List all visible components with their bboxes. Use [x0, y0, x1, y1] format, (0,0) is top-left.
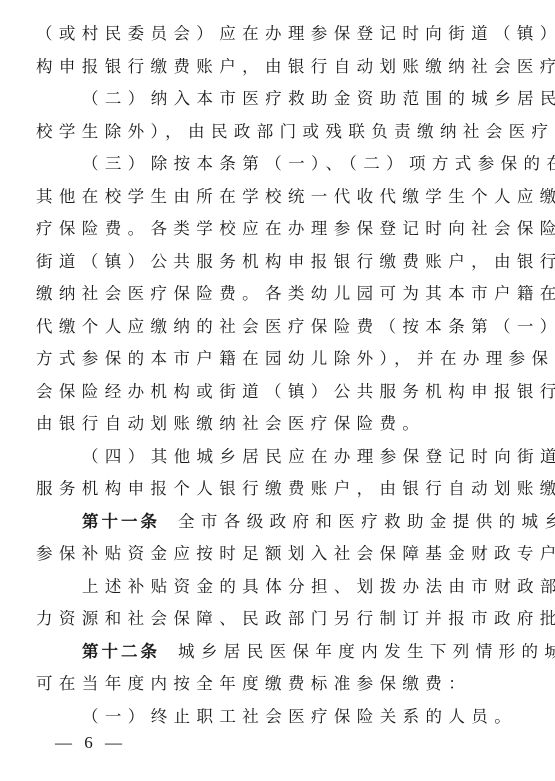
- article-text: 全市各级政府和医疗救助金提供的城乡居民医保: [178, 512, 555, 531]
- text-line: （或村民委员会）应在办理参保登记时向街道（镇）公共服务机: [36, 18, 526, 51]
- text-line: 上述补贴资金的具体分担、划拨办法由市财政部门会同市人: [36, 571, 526, 604]
- article-text: 城乡居民医保年度内发生下列情形的城乡居民，: [178, 642, 555, 661]
- text-line: 参保补贴资金应按时足额划入社会保障基金财政专户。: [36, 538, 526, 571]
- text-line: 校学生除外），由民政部门或残联负责缴纳社会医疗保险费。: [36, 116, 526, 149]
- text-line: 可在当年度内按全年度缴费标准参保缴费：: [36, 668, 526, 701]
- text-line: 其他在校学生由所在学校统一代收代缴学生个人应缴纳的社会医: [36, 181, 526, 214]
- text-line: 街道（镇）公共服务机构申报银行缴费账户，由银行自动划账: [36, 246, 526, 279]
- text-line: 服务机构申报个人银行缴费账户，由银行自动划账缴费。: [36, 473, 526, 506]
- text-line: 疗保险费。各类学校应在办理参保登记时向社会保险经办机构或: [36, 213, 526, 246]
- page-number: — 6 —: [55, 733, 126, 753]
- text-line: （三）除按本条第（一）、（二）项方式参保的在校学生外，: [36, 148, 526, 181]
- text-line: （二）纳入本市医疗救助金资助范围的城乡居民（大中专院: [36, 83, 526, 116]
- article-line: 第十二条城乡居民医保年度内发生下列情形的城乡居民，: [36, 636, 526, 669]
- text-line: 代缴个人应缴纳的社会医疗保险费（按本条第（一）、（二）项: [36, 311, 526, 344]
- text-line: 缴纳社会医疗保险费。各类幼儿园可为其本市户籍在园幼儿代收: [36, 278, 526, 311]
- article-line: 第十一条全市各级政府和医疗救助金提供的城乡居民医保: [36, 506, 526, 539]
- text-line: 由银行自动划账缴纳社会医疗保险费。: [36, 408, 526, 441]
- article-heading: 第十一条: [82, 512, 160, 531]
- text-line: 方式参保的本市户籍在园幼儿除外），并在办理参保登记时向社: [36, 343, 526, 376]
- text-line: 构申报银行缴费账户，由银行自动划账缴纳社会医疗保险费。: [36, 51, 526, 84]
- text-line: （四）其他城乡居民应在办理参保登记时向街道（镇）公共: [36, 441, 526, 474]
- text-line: 力资源和社会保障、民政部门另行制订并报市政府批准后实施。: [36, 603, 526, 636]
- document-page: （或村民委员会）应在办理参保登记时向街道（镇）公共服务机 构申报银行缴费账户，由…: [36, 18, 526, 733]
- text-line: （一）终止职工社会医疗保险关系的人员。: [36, 701, 526, 734]
- article-heading: 第十二条: [82, 642, 160, 661]
- text-line: 会保险经办机构或街道（镇）公共服务机构申报银行缴费账户，: [36, 376, 526, 409]
